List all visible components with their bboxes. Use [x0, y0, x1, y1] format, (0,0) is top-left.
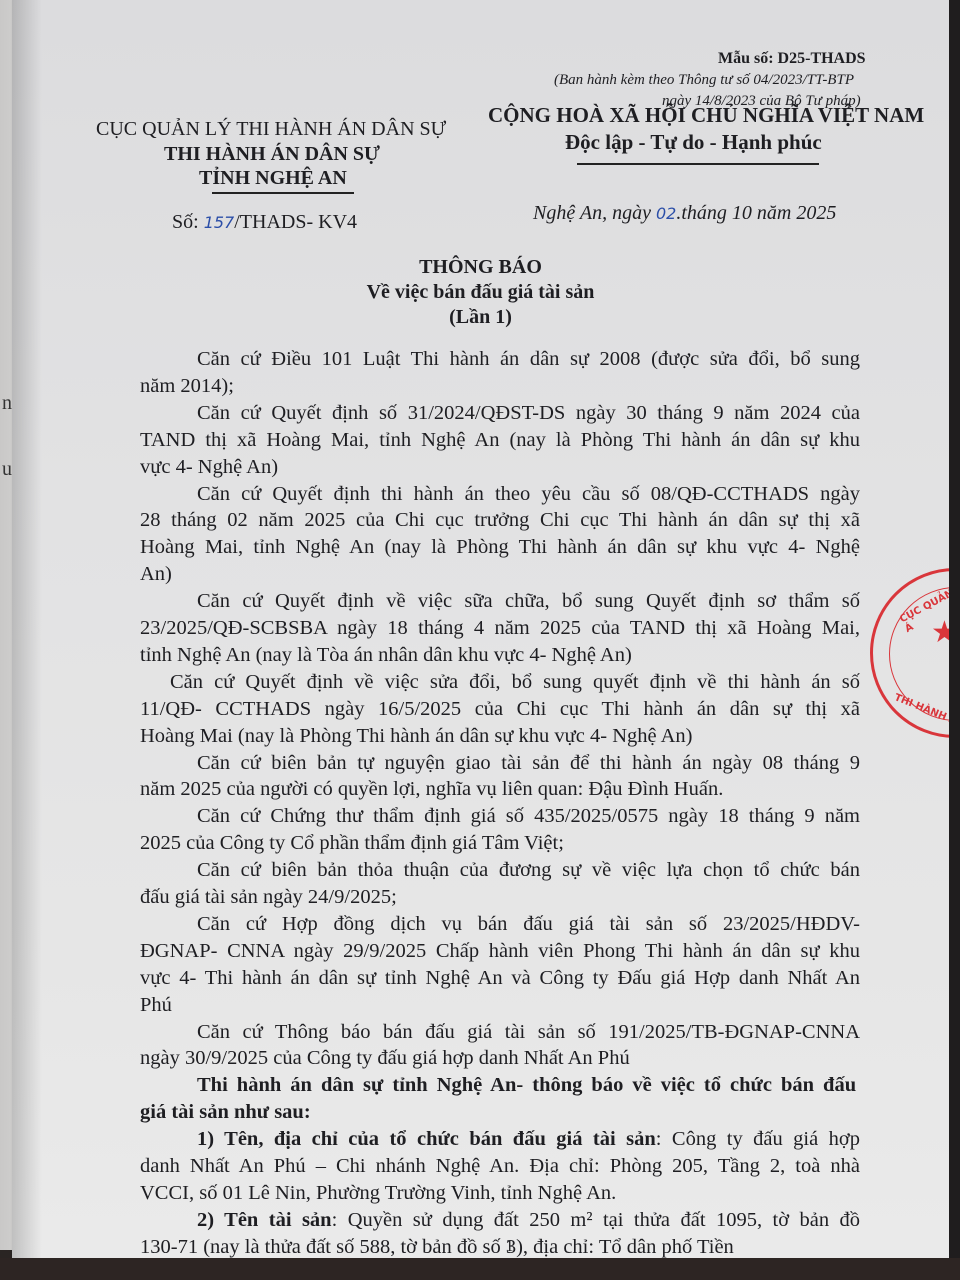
background-surface-bottom	[0, 1258, 960, 1280]
motto-underline	[577, 163, 819, 165]
form-code: Mẫu số: D25-THADS	[718, 50, 866, 68]
page-number: 1	[12, 1238, 960, 1256]
body-line: 11/QĐ- CCTHADS ngày 16/5/2025 của Chi cụ…	[140, 698, 860, 721]
body-line: đấu giá tài sản ngày 24/9/2025;	[140, 886, 397, 909]
body-line: Hoàng Mai (nay là Phòng Thi hành án dân …	[140, 725, 692, 748]
underlying-page-fragment: n	[2, 392, 12, 415]
date-suffix: .tháng 10 năm 2025	[676, 202, 836, 224]
body-line: Căn cứ biên bản tự nguyện giao tài sản đ…	[197, 752, 860, 775]
document-date: Nghệ An, ngày 02.tháng 10 năm 2025	[533, 202, 836, 225]
body-line: Căn cứ Quyết định về việc sữa chữa, bổ s…	[197, 590, 860, 613]
section-heading: 1) Tên, địa chỉ của tổ chức bán đấu giá …	[197, 1128, 656, 1150]
agency-name: THI HÀNH ÁN DÂN SỰ	[164, 143, 380, 166]
body-line: ĐGNAP- CNNA ngày 29/9/2025 Chấp hành viê…	[140, 940, 860, 963]
document-number-label: Số:	[172, 211, 204, 233]
document-number-handwritten: 157	[204, 213, 235, 232]
form-note-line1: (Ban hành kèm theo Thông tư số 04/2023/T…	[554, 72, 854, 89]
underlying-page-fragment: u	[2, 458, 12, 481]
national-motto: Độc lập - Tự do - Hạnh phúc	[565, 130, 822, 155]
body-line: năm 2025 của người có quyền lợi, nghĩa v…	[140, 778, 723, 801]
body-line: Căn cứ Quyết định số 31/2024/QĐST-DS ngà…	[197, 402, 860, 425]
document-number: Số: 157/THADS- KV4	[172, 211, 357, 234]
body-line: Căn cứ Hợp đồng dịch vụ bán đấu giá tài …	[197, 913, 860, 936]
body-line: 23/2025/QĐ-SCBSBA ngày 18 tháng 4 năm 20…	[140, 617, 860, 640]
body-line: Căn cứ Quyết định thi hành án theo yêu c…	[197, 483, 860, 506]
body-line: ngày 30/9/2025 của Công ty đấu giá hợp d…	[140, 1047, 630, 1070]
body-line: An)	[140, 563, 172, 586]
body-line: Căn cứ Quyết định về việc sửa đổi, bổ su…	[170, 671, 860, 694]
body-line: Phú	[140, 994, 172, 1017]
agency-underline	[212, 192, 354, 194]
body-line: Hoàng Mai, tỉnh Nghệ An (nay là Phòng Th…	[140, 536, 860, 559]
body-line: Căn cứ Chứng thư thẩm định giá số 435/20…	[197, 805, 860, 828]
body-line: 2) Tên tài sản: Quyền sử dụng đất 250 m²…	[197, 1209, 860, 1232]
national-title: CỘNG HOÀ XÃ HỘI CHỦ NGHĨA VIỆT NAM	[488, 103, 924, 128]
agency-province: TỈNH NGHỆ AN	[199, 167, 347, 190]
agency-parent: CỤC QUẢN LÝ THI HÀNH ÁN DÂN SỰ	[96, 118, 446, 141]
official-red-stamp: ★ CỤC QUẢN LÝ THI HÀNH Á THI HÀNH ÁN DÂN	[870, 568, 960, 738]
body-line: danh Nhất An Phú – Chi nhánh Nghệ An. Đị…	[140, 1155, 860, 1178]
background-surface-right	[949, 0, 960, 1280]
document-title: THÔNG BÁO	[12, 256, 949, 279]
body-line: 28 tháng 02 năm 2025 của Chi cục trưởng …	[140, 509, 860, 532]
paper-shadow	[12, 0, 42, 1258]
body-line: tỉnh Nghệ An (nay là Tòa án nhân dân khu…	[140, 644, 632, 667]
body-line: Căn cứ biên bản thỏa thuận của đương sự …	[197, 859, 860, 882]
body-line: Căn cứ Thông báo bán đấu giá tài sản số …	[197, 1021, 860, 1044]
body-line: 1) Tên, địa chỉ của tổ chức bán đấu giá …	[197, 1128, 860, 1151]
body-line: TAND thị xã Hoàng Mai, tỉnh Nghệ An (nay…	[140, 429, 860, 452]
body-line: vực 4- Nghệ An)	[140, 456, 278, 479]
body-line: giá tài sản như sau:	[140, 1101, 311, 1124]
document-subject: Về việc bán đấu giá tài sản	[12, 281, 949, 304]
document-round: (Lần 1)	[12, 306, 949, 329]
body-line: vực 4- Thi hành án dân sự tỉnh Nghệ An v…	[140, 967, 860, 990]
body-line: năm 2014);	[140, 375, 234, 398]
document-page: Mẫu số: D25-THADS (Ban hành kèm theo Thô…	[12, 0, 949, 1258]
body-line: Thi hành án dân sự tỉnh Nghệ An- thông b…	[197, 1074, 856, 1097]
date-prefix: Nghệ An, ngày	[533, 202, 656, 224]
date-day-handwritten: 02	[656, 204, 676, 223]
body-line: Căn cứ Điều 101 Luật Thi hành án dân sự …	[197, 348, 860, 371]
body-line: 2025 của Công ty Cổ phần thẩm định giá T…	[140, 832, 564, 855]
section-heading: 2) Tên tài sản	[197, 1209, 332, 1231]
document-number-suffix: /THADS- KV4	[234, 211, 357, 233]
body-line: VCCI, số 01 Lê Nin, Phường Trường Vinh, …	[140, 1182, 616, 1205]
